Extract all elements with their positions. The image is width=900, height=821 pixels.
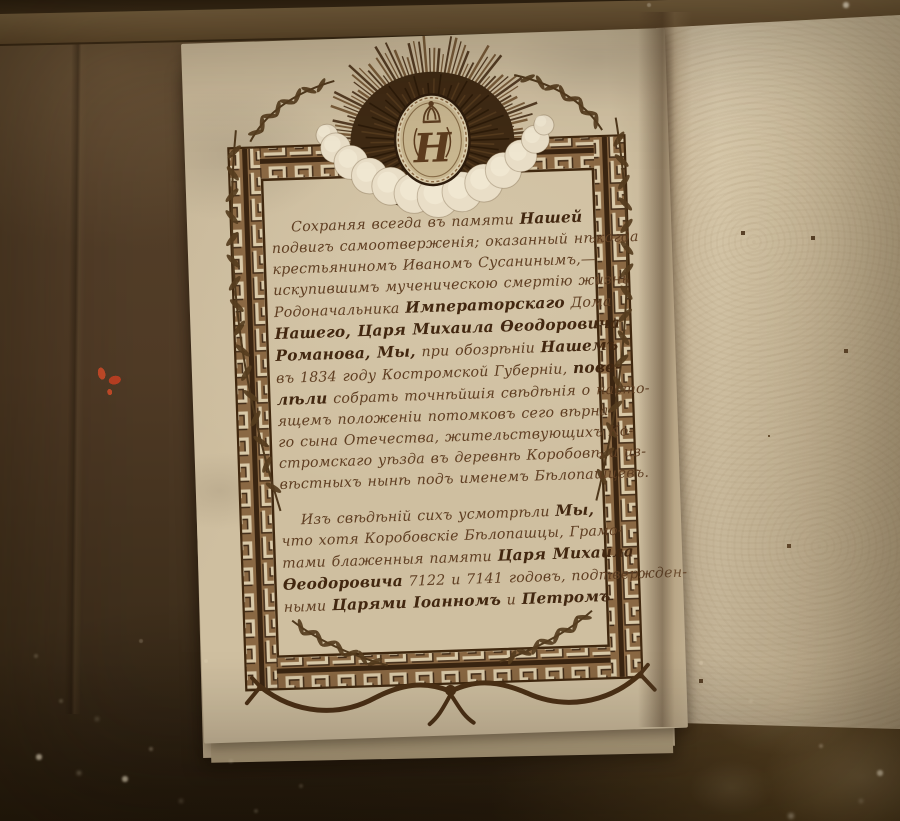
document-paragraph: Сохраняя всегда въ памяти Нашейподвигъ с… bbox=[271, 207, 596, 496]
document-text: Сохраняя всегда въ памяти Нашейподвигъ с… bbox=[271, 207, 600, 619]
monogram-letter: Н bbox=[412, 124, 454, 172]
light-wisps bbox=[640, 600, 900, 821]
medallion: Н bbox=[394, 94, 471, 186]
dust-specks-bottom-right bbox=[0, 0, 2, 2]
photograph: Н Сохраняя всегда въ памяти Нашейподвигъ… bbox=[0, 0, 900, 821]
document-paragraph: Изъ свѣдѣній сихъ усмотрѣли Мы,что хотя … bbox=[281, 499, 600, 618]
document-page: Н Сохраняя всегда въ памяти Нашейподвигъ… bbox=[181, 28, 688, 744]
